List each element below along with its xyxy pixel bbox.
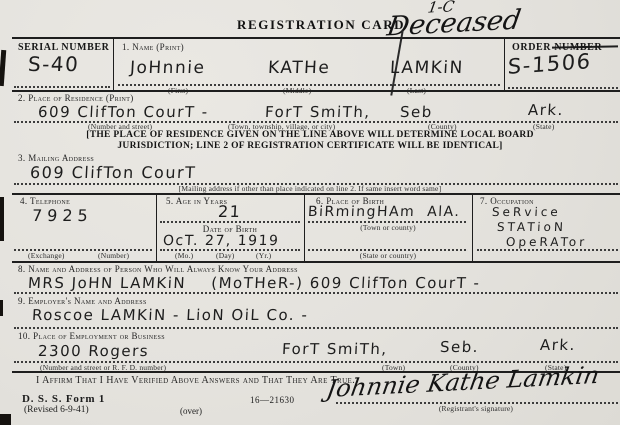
dob-sub-day: (Day) [216, 251, 235, 260]
residence-notice-line2: JURISDICTION; LINE 2 OF REGISTRATION CER… [0, 141, 620, 151]
employer-field-label: 9. Employer's Name and Address [18, 296, 147, 306]
print-code: 16—21630 [250, 395, 295, 405]
affirmation-text: I Affirm That I Have Verified Above Answ… [36, 375, 355, 386]
fill-line [14, 292, 618, 294]
name-last-value: LAMKiN [389, 58, 464, 78]
occupation-line3: OpeRATor [506, 235, 588, 249]
employment-town-value: ForT SmiTh, [282, 340, 389, 358]
birthplace-sub-state: (State or country) [304, 251, 472, 260]
name-middle-value: KATHe [267, 58, 330, 78]
fill-line [160, 221, 300, 223]
divider [113, 37, 114, 90]
name-first-value: JoHnnie [129, 58, 205, 78]
telephone-sub-number: (Number) [98, 251, 129, 260]
form-revision: (Revised 6-9-41) [24, 405, 89, 415]
dob-value: OcT. 27, 1919 [163, 233, 280, 249]
age-value: 21 [218, 202, 242, 221]
serial-number-value: S-40 [27, 52, 80, 76]
divider [12, 193, 620, 195]
divider [12, 90, 620, 92]
telephone-field-label: 4. Telephone [20, 196, 70, 206]
registrant-signature: Johnnie Kathe Lamkin [324, 361, 601, 403]
fill-line [477, 249, 618, 251]
residence-street-value: 609 ClifTon CourT - [38, 103, 210, 121]
telephone-sub-exchange: (Exchange) [28, 251, 65, 260]
page-title: REGISTRATION CARD [237, 17, 405, 33]
scan-artifact [0, 197, 4, 241]
employment-street-value: 2300 Rogers [38, 342, 150, 360]
occupation-line2: STATioN [497, 220, 567, 234]
residence-county-value: Seb [400, 103, 434, 121]
telephone-value: 7925 [32, 206, 94, 225]
mailing-field-label: 3. Mailing Address [18, 153, 94, 163]
over-note: (over) [180, 406, 202, 416]
scan-artifact [0, 300, 3, 316]
employment-state-value: Ark. [540, 336, 577, 354]
scan-artifact [0, 50, 6, 86]
form-number: D. S. S. Form 1 [22, 393, 105, 405]
divider [472, 193, 473, 261]
divider [504, 37, 505, 90]
dob-sub-yr: (Yr.) [256, 251, 271, 260]
contact-field-label: 8. Name and Address of Person Who Will A… [18, 264, 298, 274]
contact-value: MRS JoHN LAMKiN (MoTHeR-) 609 ClifTon Co… [28, 274, 481, 292]
divider [12, 37, 620, 39]
name-field-label: 1. Name (Print) [122, 42, 184, 52]
fill-line [14, 86, 110, 88]
employment-field-label: 10. Place of Employment or Business [18, 331, 165, 341]
order-number-value: S-1506 [507, 49, 592, 79]
fill-line [508, 87, 618, 89]
divider [12, 261, 620, 263]
mailing-value: 609 ClifTon CourT [30, 163, 197, 182]
fill-line [14, 327, 618, 329]
residence-field-label: 2. Place of Residence (Print) [18, 93, 134, 103]
employment-county-value: Seb. [440, 338, 480, 356]
employer-value: Roscoe LAMKiN - LioN OiL Co. - [32, 306, 309, 324]
residence-state-value: Ark. [528, 101, 565, 119]
birthplace-value: BiRmingHAm AlA. [308, 204, 461, 220]
residence-town-value: ForT SmiTh, [265, 103, 372, 121]
registration-card-scan: REGISTRATION CARD 1-C Deceased SERIAL NU… [0, 0, 620, 425]
scan-artifact [0, 414, 11, 425]
occupation-line1: SeRvice [492, 205, 561, 219]
signature-sublabel: (Registrant's signature) [336, 404, 616, 413]
birthplace-sub-town: (Town or county) [304, 223, 472, 232]
mailing-sublabel: [Mailing address if other than place ind… [0, 184, 620, 193]
dob-sub-mo: (Mo.) [175, 251, 193, 260]
residence-notice-line1: [THE PLACE OF RESIDENCE GIVEN ON THE LIN… [0, 130, 620, 140]
